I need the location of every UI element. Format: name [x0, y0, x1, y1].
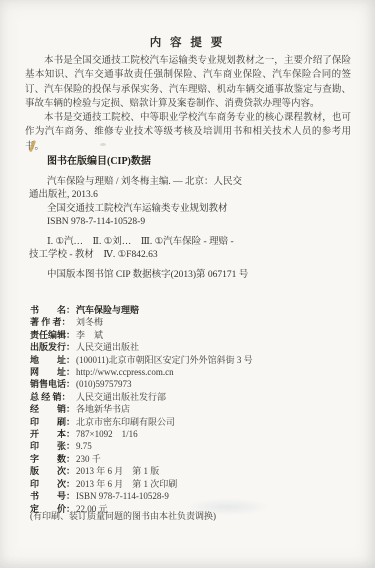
detail-value: 2013 年 6 月 第 1 次印刷 — [76, 478, 350, 490]
detail-label: 印 刷： — [30, 416, 76, 428]
detail-row-edition: 版 次： 2013 年 6 月 第 1 版 — [30, 465, 350, 477]
detail-value: 9.75 — [76, 440, 350, 452]
detail-row-impression: 印 次： 2013 年 6 月 第 1 次印刷 — [30, 478, 350, 490]
detail-value: 汽车保险与理赔 — [76, 304, 350, 316]
detail-value: 各地新华书店 — [76, 403, 350, 415]
detail-row-book-title: 书 名： 汽车保险与理赔 — [30, 304, 350, 316]
detail-label: 出版发行： — [30, 341, 76, 353]
cip-registry-number: 中国版本图书馆 CIP 数据核字(2013)第 067171 号 — [29, 269, 351, 283]
detail-label: 字 数： — [30, 453, 76, 465]
detail-row-address: 地 址： (100011)北京市朝阳区安定门外外馆斜街 3 号 — [30, 354, 350, 366]
book-copyright-page: 内 容 提 要 本书是全国交通技工院校汽车运输类专业规划教材之一，主要介绍了保险… — [0, 0, 375, 568]
detail-row-editor: 责任编辑： 李 斌 — [30, 329, 350, 341]
detail-row-word-count: 字 数： 230 千 — [30, 453, 350, 465]
detail-row-author: 著 作 者： 刘冬梅 — [30, 316, 350, 328]
detail-label: 总 经 销： — [30, 391, 76, 403]
detail-row-printer: 印 刷： 北京市密东印刷有限公司 — [30, 416, 350, 428]
detail-value: 2013 年 6 月 第 1 版 — [76, 465, 350, 477]
detail-value: 人民交通出版社发行部 — [76, 391, 350, 403]
detail-label: 责任编辑： — [30, 329, 76, 341]
detail-value: (010)59757973 — [76, 378, 350, 390]
cip-line: 汽车保险与理赔 / 刘冬梅主编. — 北京：人民交 — [29, 176, 351, 190]
detail-value: ISBN 978-7-114-10528-9 — [76, 490, 350, 502]
detail-row-distributor: 经 销： 各地新华书店 — [30, 403, 350, 415]
detail-value: 刘冬梅 — [76, 316, 350, 328]
detail-label: 著 作 者： — [30, 316, 76, 328]
detail-label: 书 名： — [30, 304, 76, 316]
detail-label: 开 本： — [30, 428, 76, 440]
cip-line: ISBN 978-7-114-10528-9 — [29, 216, 351, 230]
detail-label: 地 址： — [30, 354, 76, 366]
content-summary-title: 内 容 提 要 — [0, 34, 375, 50]
detail-label: 版 次： — [30, 465, 76, 477]
detail-value: 北京市密东印刷有限公司 — [76, 416, 350, 428]
cip-line: 通出版社, 2013.6 — [29, 189, 351, 203]
detail-label: 印 次： — [30, 478, 76, 490]
detail-value: http://www.ccpress.com.cn — [76, 366, 350, 378]
detail-row-publisher: 出版发行： 人民交通出版社 — [30, 341, 350, 353]
detail-row-isbn: 书 号： ISBN 978-7-114-10528-9 — [30, 490, 350, 502]
detail-value: 李 斌 — [76, 329, 350, 341]
cip-classification-line: 技工学校 - 教材 Ⅳ. ①F842.63 — [29, 249, 351, 263]
detail-value: 787×1092 1/16 — [76, 428, 350, 440]
detail-value: 人民交通出版社 — [76, 341, 350, 353]
cip-line: 全国交通技工院校汽车运输类专业规划教材 — [29, 203, 351, 217]
detail-value: 230 千 — [76, 453, 350, 465]
detail-row-website: 网 址： http://www.ccpress.com.cn — [30, 366, 350, 378]
cip-header: 图书在版编目(CIP)数据 — [47, 155, 351, 169]
detail-row-sales-phone: 销售电话： (010)59757973 — [30, 378, 350, 390]
content-summary: 本书是全国交通技工院校汽车运输类专业规划教材之一，主要介绍了保险基本知识、汽车交… — [25, 54, 351, 154]
detail-label: 销售电话： — [30, 378, 76, 390]
detail-label: 经 销： — [30, 403, 76, 415]
detail-value: (100011)北京市朝阳区安定门外外馆斜街 3 号 — [76, 354, 350, 366]
summary-paragraph-1: 本书是全国交通技工院校汽车运输类专业规划教材之一，主要介绍了保险基本知识、汽车交… — [25, 54, 351, 111]
publication-details: 书 名： 汽车保险与理赔 著 作 者： 刘冬梅 责任编辑： 李 斌 出版发行： … — [30, 304, 350, 515]
detail-row-sheets: 印 张： 9.75 — [30, 440, 350, 452]
detail-label: 书 号： — [30, 490, 76, 502]
quality-exchange-note: (有印刷、装订质量问题的图书由本社负责调换) — [30, 510, 216, 522]
cip-classification-line: Ⅰ. ①汽… Ⅱ. ①刘… Ⅲ. ①汽车保险 - 理赔 - — [29, 236, 351, 250]
detail-row-format: 开 本： 787×1092 1/16 — [30, 428, 350, 440]
cip-data-section: 图书在版编目(CIP)数据 汽车保险与理赔 / 刘冬梅主编. — 北京：人民交 … — [29, 155, 351, 282]
scan-dot-artifact — [100, 143, 106, 146]
detail-label: 印 张： — [30, 440, 76, 452]
detail-label: 网 址： — [30, 366, 76, 378]
summary-paragraph-2: 本书是交通技工院校、中等职业学校汽车商务专业的核心课程教材，也可作为汽车商务、维… — [25, 111, 351, 154]
detail-row-general-distributor: 总 经 销： 人民交通出版社发行部 — [30, 391, 350, 403]
